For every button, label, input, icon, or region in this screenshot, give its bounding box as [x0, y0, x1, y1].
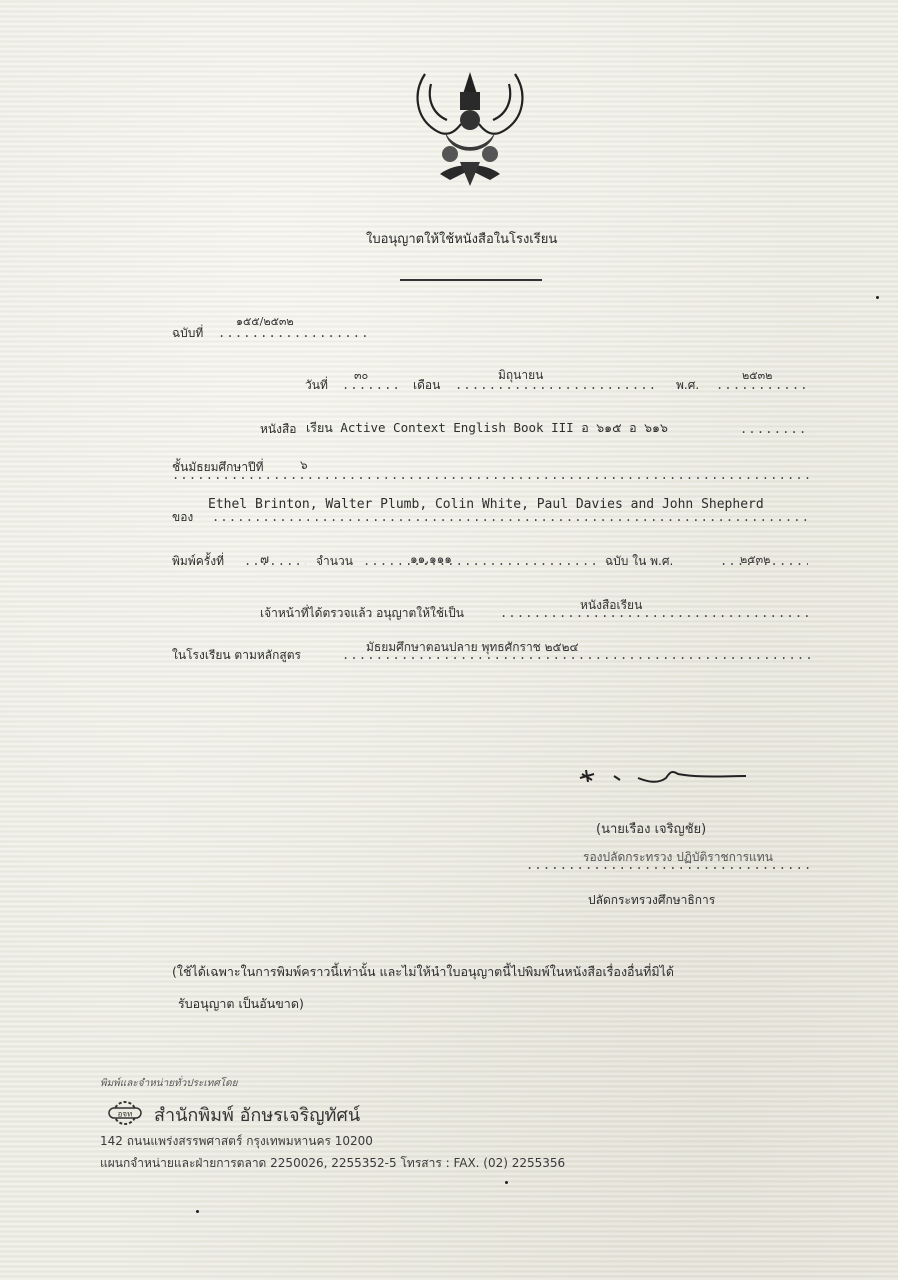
edition-label: พิมพ์ครั้งที่: [172, 552, 224, 571]
signature-scribble-icon: [578, 764, 750, 790]
authors-label: ของ: [172, 508, 193, 527]
publisher-name: สำนักพิมพ์ อักษรเจริญทัศน์: [154, 1100, 360, 1129]
book-label: หนังสือ: [260, 420, 297, 439]
title-underline: [400, 279, 542, 281]
dotted-line: ........................................…: [363, 554, 599, 568]
dotted-line: ........................................…: [500, 606, 810, 620]
dotted-line: ........................................…: [526, 858, 810, 872]
document-title: ใบอนุญาตให้ใช้หนังสือในโรงเรียน: [366, 228, 557, 249]
paper-speck: [505, 1181, 508, 1184]
printing-year-value: ๒๕๓๒: [740, 550, 770, 568]
publisher-contact: แผนกจำหน่ายและฝ่ายการตลาด 2250026, 22553…: [100, 1154, 565, 1173]
paper-speck: [196, 1210, 199, 1213]
dotted-line: ..............................: [218, 326, 366, 340]
book-value: เรียน Active Context English Book III อ …: [306, 418, 668, 438]
garuda-emblem-icon: [405, 62, 535, 192]
dotted-line: ........................................…: [212, 510, 810, 524]
copies-label: ฉบับ ใน พ.ศ.: [605, 552, 673, 571]
month-label: เดือน: [413, 376, 440, 395]
quantity-value: ๑๑,๑๑๑: [410, 550, 452, 569]
dotted-line: ....................................: [455, 378, 655, 392]
signatory-name: (นายเรือง เจริญชัย): [596, 818, 706, 839]
edition-value: ๗: [260, 550, 269, 569]
usage-note-line1: (ใช้ได้เฉพาะในการพิมพ์คราวนี้เท่านั้น แล…: [172, 962, 674, 982]
dotted-line: ...........: [244, 554, 306, 568]
svg-text:อจท: อจท: [118, 1110, 133, 1119]
approval-value: หนังสือเรียน: [580, 596, 642, 615]
dotted-line: .............: [740, 422, 808, 436]
year-value: ๒๕๓๒: [742, 366, 772, 384]
day-label: วันที่: [305, 376, 328, 395]
publisher-address: 142 ถนนแพร่งสรรพศาสตร์ กรุงเทพมหานคร 102…: [100, 1132, 373, 1151]
dotted-line: ...........: [342, 378, 402, 392]
dotted-line: ........................................…: [172, 468, 810, 482]
curriculum-label: ในโรงเรียน ตามหลักสูตร: [172, 646, 301, 665]
permit-no-label: ฉบับที่: [172, 324, 203, 343]
usage-note-line2: รับอนุญาต เป็นอันขาด): [178, 994, 304, 1014]
signatory-office: ปลัดกระทรวงศึกษาธิการ: [588, 891, 715, 910]
paper-speck: [876, 296, 879, 299]
quantity-label: จำนวน: [316, 552, 353, 571]
approval-label: เจ้าหน้าที่ได้ตรวจแล้ว อนุญาตให้ใช้เป็น: [260, 604, 464, 623]
publisher-logo-icon: อจท: [103, 1100, 147, 1126]
curriculum-value: มัธยมศึกษาตอนปลาย พุทธศักราช ๒๕๒๔: [366, 638, 579, 657]
day-value: ๓๐: [354, 366, 368, 384]
year-label: พ.ศ.: [676, 376, 699, 395]
month-value: มิถุนายน: [498, 366, 543, 385]
publisher-tagline: พิมพ์และจำหน่ายทั่วประเทศโดย: [100, 1076, 237, 1091]
